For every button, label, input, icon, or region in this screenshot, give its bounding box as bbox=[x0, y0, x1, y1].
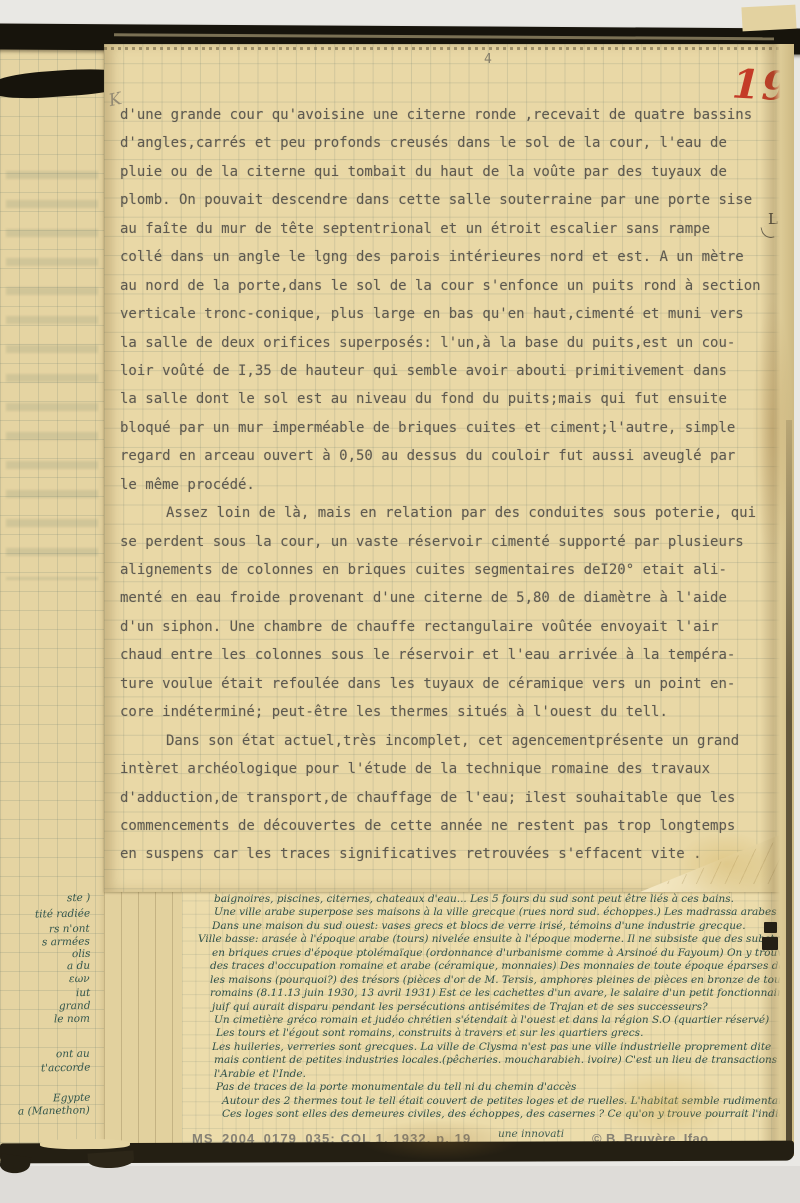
left-page-stack: ste )tité radiéers n'onts arméesolisa du… bbox=[0, 40, 112, 1162]
typed-page: 4 19 K L d'une grande cour qu'avoisine u… bbox=[104, 44, 792, 892]
handwritten-line: mais contient de petites industries loca… bbox=[214, 1054, 784, 1067]
typed-line: bloqué par un mur imperméable de briques… bbox=[120, 414, 780, 442]
handwritten-line: baignoires, piscines, citernes, chateaux… bbox=[214, 893, 784, 906]
typed-line: la salle dont le sol est au niveau du fo… bbox=[120, 385, 780, 413]
handwritten-line: Ville basse: arasée à l'époque arabe (to… bbox=[198, 933, 784, 946]
typed-line: collé dans un angle le lgng des parois i… bbox=[120, 243, 780, 271]
edge-ink-mark bbox=[764, 922, 777, 933]
handwritten-notes-block: baignoires, piscines, citernes, chateaux… bbox=[198, 893, 784, 1121]
typed-text-block: d'une grande cour qu'avoisine une citern… bbox=[120, 101, 780, 869]
margin-fragment: a (Manethon) bbox=[18, 1104, 90, 1117]
margin-fragment: tité radiée bbox=[35, 908, 90, 921]
handwritten-line: des traces d'occupation romaine et arabe… bbox=[210, 960, 784, 973]
typed-page-number: 4 bbox=[484, 52, 492, 67]
perforation-edge bbox=[104, 47, 792, 50]
typed-line: plomb. On pouvait descendre dans cette s… bbox=[120, 186, 780, 214]
typed-line: en suspens car les traces significatives… bbox=[120, 840, 780, 868]
handwritten-line: l'Arabie et l'Inde. bbox=[214, 1068, 784, 1081]
typed-line: d'adduction,de transport,de chauffage de… bbox=[120, 784, 780, 812]
scanner-background bbox=[0, 1166, 800, 1203]
typed-line: au nord de la porte,dans le sol de la co… bbox=[120, 272, 780, 300]
margin-fragment: rs n'ont bbox=[49, 923, 90, 936]
edge-ink-mark bbox=[762, 937, 778, 950]
margin-fragment: grand bbox=[58, 1000, 90, 1013]
typed-line: le même procédé. bbox=[120, 471, 780, 499]
typed-line: ture voulue était refoulée dans les tuya… bbox=[120, 670, 780, 698]
handwriting-under-stamp: une innovati bbox=[498, 1128, 564, 1140]
left-margin-fragments: ste )tité radiéers n'onts arméesolisa du… bbox=[0, 40, 112, 1162]
typed-line: menté en eau froide provenant d'une cite… bbox=[120, 584, 780, 612]
margin-fragment: t'accorde bbox=[40, 1062, 90, 1075]
typed-line: alignements de colonnes en briques cuite… bbox=[120, 556, 780, 584]
margin-fragment: Egypte bbox=[52, 1092, 90, 1105]
margin-fragment: olis bbox=[71, 948, 90, 960]
typed-line: d'une grande cour qu'avoisine une citern… bbox=[120, 101, 780, 129]
typed-line: regard en arceau ouvert à 0,50 au dessus… bbox=[120, 442, 780, 470]
page-corner-behind bbox=[741, 5, 796, 32]
typed-line: se perdent sous la cour, un vaste réserv… bbox=[120, 528, 780, 556]
margin-fragment: εων bbox=[69, 973, 90, 985]
handwritten-line: Autour des 2 thermes tout le tell était … bbox=[222, 1095, 784, 1108]
margin-fragment: ont au bbox=[56, 1048, 90, 1061]
handwritten-line: en briques crues d'époque ptolémaïque (o… bbox=[212, 947, 784, 960]
handwritten-line: Un cimetière gréco romain et judéo chrét… bbox=[214, 1014, 784, 1027]
margin-fragment: ste ) bbox=[67, 892, 90, 904]
handwritten-line: Ces loges sont elles des demeures civile… bbox=[222, 1108, 784, 1121]
handwritten-line: Dans une maison du sud ouest: vases grec… bbox=[212, 920, 784, 933]
typed-line: verticale tronc-conique, plus large en b… bbox=[120, 300, 780, 328]
typed-line: core indéterminé; peut-être les thermes … bbox=[120, 698, 780, 726]
margin-fragment: s armées bbox=[42, 936, 90, 949]
typed-line: d'angles,carrés et peu profonds creusés … bbox=[120, 129, 780, 157]
typed-line: commencements de découvertes de cette an… bbox=[120, 812, 780, 840]
margin-fragment: le nom bbox=[54, 1013, 90, 1026]
handwritten-line: Les tours et l'égout sont romains, const… bbox=[216, 1027, 784, 1040]
handwritten-line: romains (8.11.13 juin 1930, 13 avril 193… bbox=[210, 987, 784, 1000]
handwritten-line: les maisons (pourquoi?) des trésors (piè… bbox=[210, 974, 784, 987]
handwritten-line: Les huileries, verreries sont grecques. … bbox=[212, 1041, 784, 1054]
typed-line: Dans son état actuel,très incomplet, cet… bbox=[120, 727, 780, 755]
typed-line: loir voûté de I,35 de hauteur qui semble… bbox=[120, 357, 780, 385]
typed-line: Assez loin de là, mais en relation par d… bbox=[120, 499, 780, 527]
typed-line: d'un siphon. Une chambre de chauffe rect… bbox=[120, 613, 780, 641]
scanned-notebook-page: ste )tité radiéers n'onts arméesolisa du… bbox=[0, 0, 800, 1203]
handwritten-line: juif qui aurait disparu pendant les pers… bbox=[212, 1001, 784, 1014]
page-edges-stack bbox=[104, 886, 188, 1154]
handwritten-notes-sheet: aco- de plomb. baignoires, piscines, cit… bbox=[182, 886, 792, 1153]
margin-fragment: iut bbox=[76, 987, 91, 999]
typed-line: pluie ou de la citerne qui tombait du ha… bbox=[120, 158, 780, 186]
right-dark-edge bbox=[786, 420, 792, 1150]
margin-fragment: a du bbox=[67, 960, 90, 972]
typed-line: intèret archéologique pour l'étude de la… bbox=[120, 755, 780, 783]
typed-line: la salle de deux orifices superposés: l'… bbox=[120, 329, 780, 357]
handwritten-line: Pas de traces de la porte monumentale du… bbox=[216, 1081, 784, 1094]
handwritten-line: Une ville arabe superpose ses maisons à … bbox=[214, 906, 784, 919]
typed-line: chaud entre les colonnes sous le réservo… bbox=[120, 641, 780, 669]
typed-line: au faîte du mur de tête septentrional et… bbox=[120, 215, 780, 243]
